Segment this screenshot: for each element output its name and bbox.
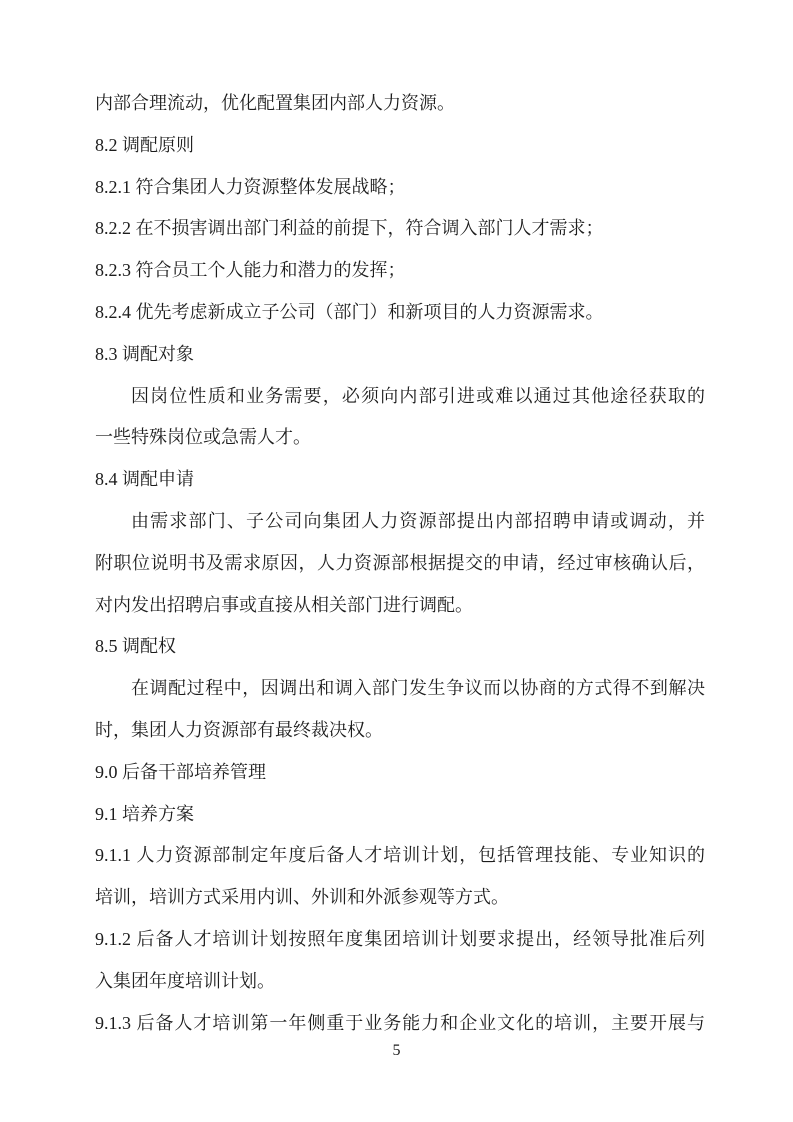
text-line: 在调配过程中，因调出和调入部门发生争议而以协商的方式得不到解决: [95, 668, 705, 710]
text-line: 9.1.3 后备人才培训第一年侧重于业务能力和企业文化的培训，主要开展与: [95, 1003, 705, 1045]
document-body: 内部合理流动，优化配置集团内部人力资源。8.2 调配原则8.2.1 符合集团人力…: [95, 83, 705, 1044]
text-line: 8.3 调配对象: [95, 334, 705, 376]
text-line: 一些特殊岗位或急需人才。: [95, 417, 705, 459]
text-line: 8.2.1 符合集团人力资源整体发展战略；: [95, 167, 705, 209]
text-line: 9.1.1 人力资源部制定年度后备人才培训计划，包括管理技能、专业知识的: [95, 835, 705, 877]
text-line: 9.1.2 后备人才培训计划按照年度集团培训计划要求提出，经领导批准后列: [95, 919, 705, 961]
text-line: 培训，培训方式采用内训、外训和外派参观等方式。: [95, 877, 705, 919]
text-line: 因岗位性质和业务需要，必须向内部引进或难以通过其他途径获取的: [95, 376, 705, 418]
document-page: 内部合理流动，优化配置集团内部人力资源。8.2 调配原则8.2.1 符合集团人力…: [0, 0, 793, 1122]
text-line: 8.2 调配原则: [95, 125, 705, 167]
text-line: 8.5 调配权: [95, 626, 705, 668]
text-line: 附职位说明书及需求原因，人力资源部根据提交的申请，经过审核确认后，: [95, 543, 705, 585]
text-line: 9.1 培养方案: [95, 794, 705, 836]
text-line: 时，集团人力资源部有最终裁决权。: [95, 710, 705, 752]
text-line: 对内发出招聘启事或直接从相关部门进行调配。: [95, 585, 705, 627]
text-line: 8.4 调配申请: [95, 459, 705, 501]
page-number: 5: [0, 1040, 793, 1062]
text-line: 8.2.3 符合员工个人能力和潜力的发挥；: [95, 250, 705, 292]
text-line: 内部合理流动，优化配置集团内部人力资源。: [95, 83, 705, 125]
text-line: 9.0 后备干部培养管理: [95, 752, 705, 794]
text-line: 8.2.2 在不损害调出部门利益的前提下，符合调入部门人才需求；: [95, 208, 705, 250]
text-line: 8.2.4 优先考虑新成立子公司（部门）和新项目的人力资源需求。: [95, 292, 705, 334]
text-line: 入集团年度培训计划。: [95, 961, 705, 1003]
text-line: 由需求部门、子公司向集团人力资源部提出内部招聘申请或调动，并: [95, 501, 705, 543]
